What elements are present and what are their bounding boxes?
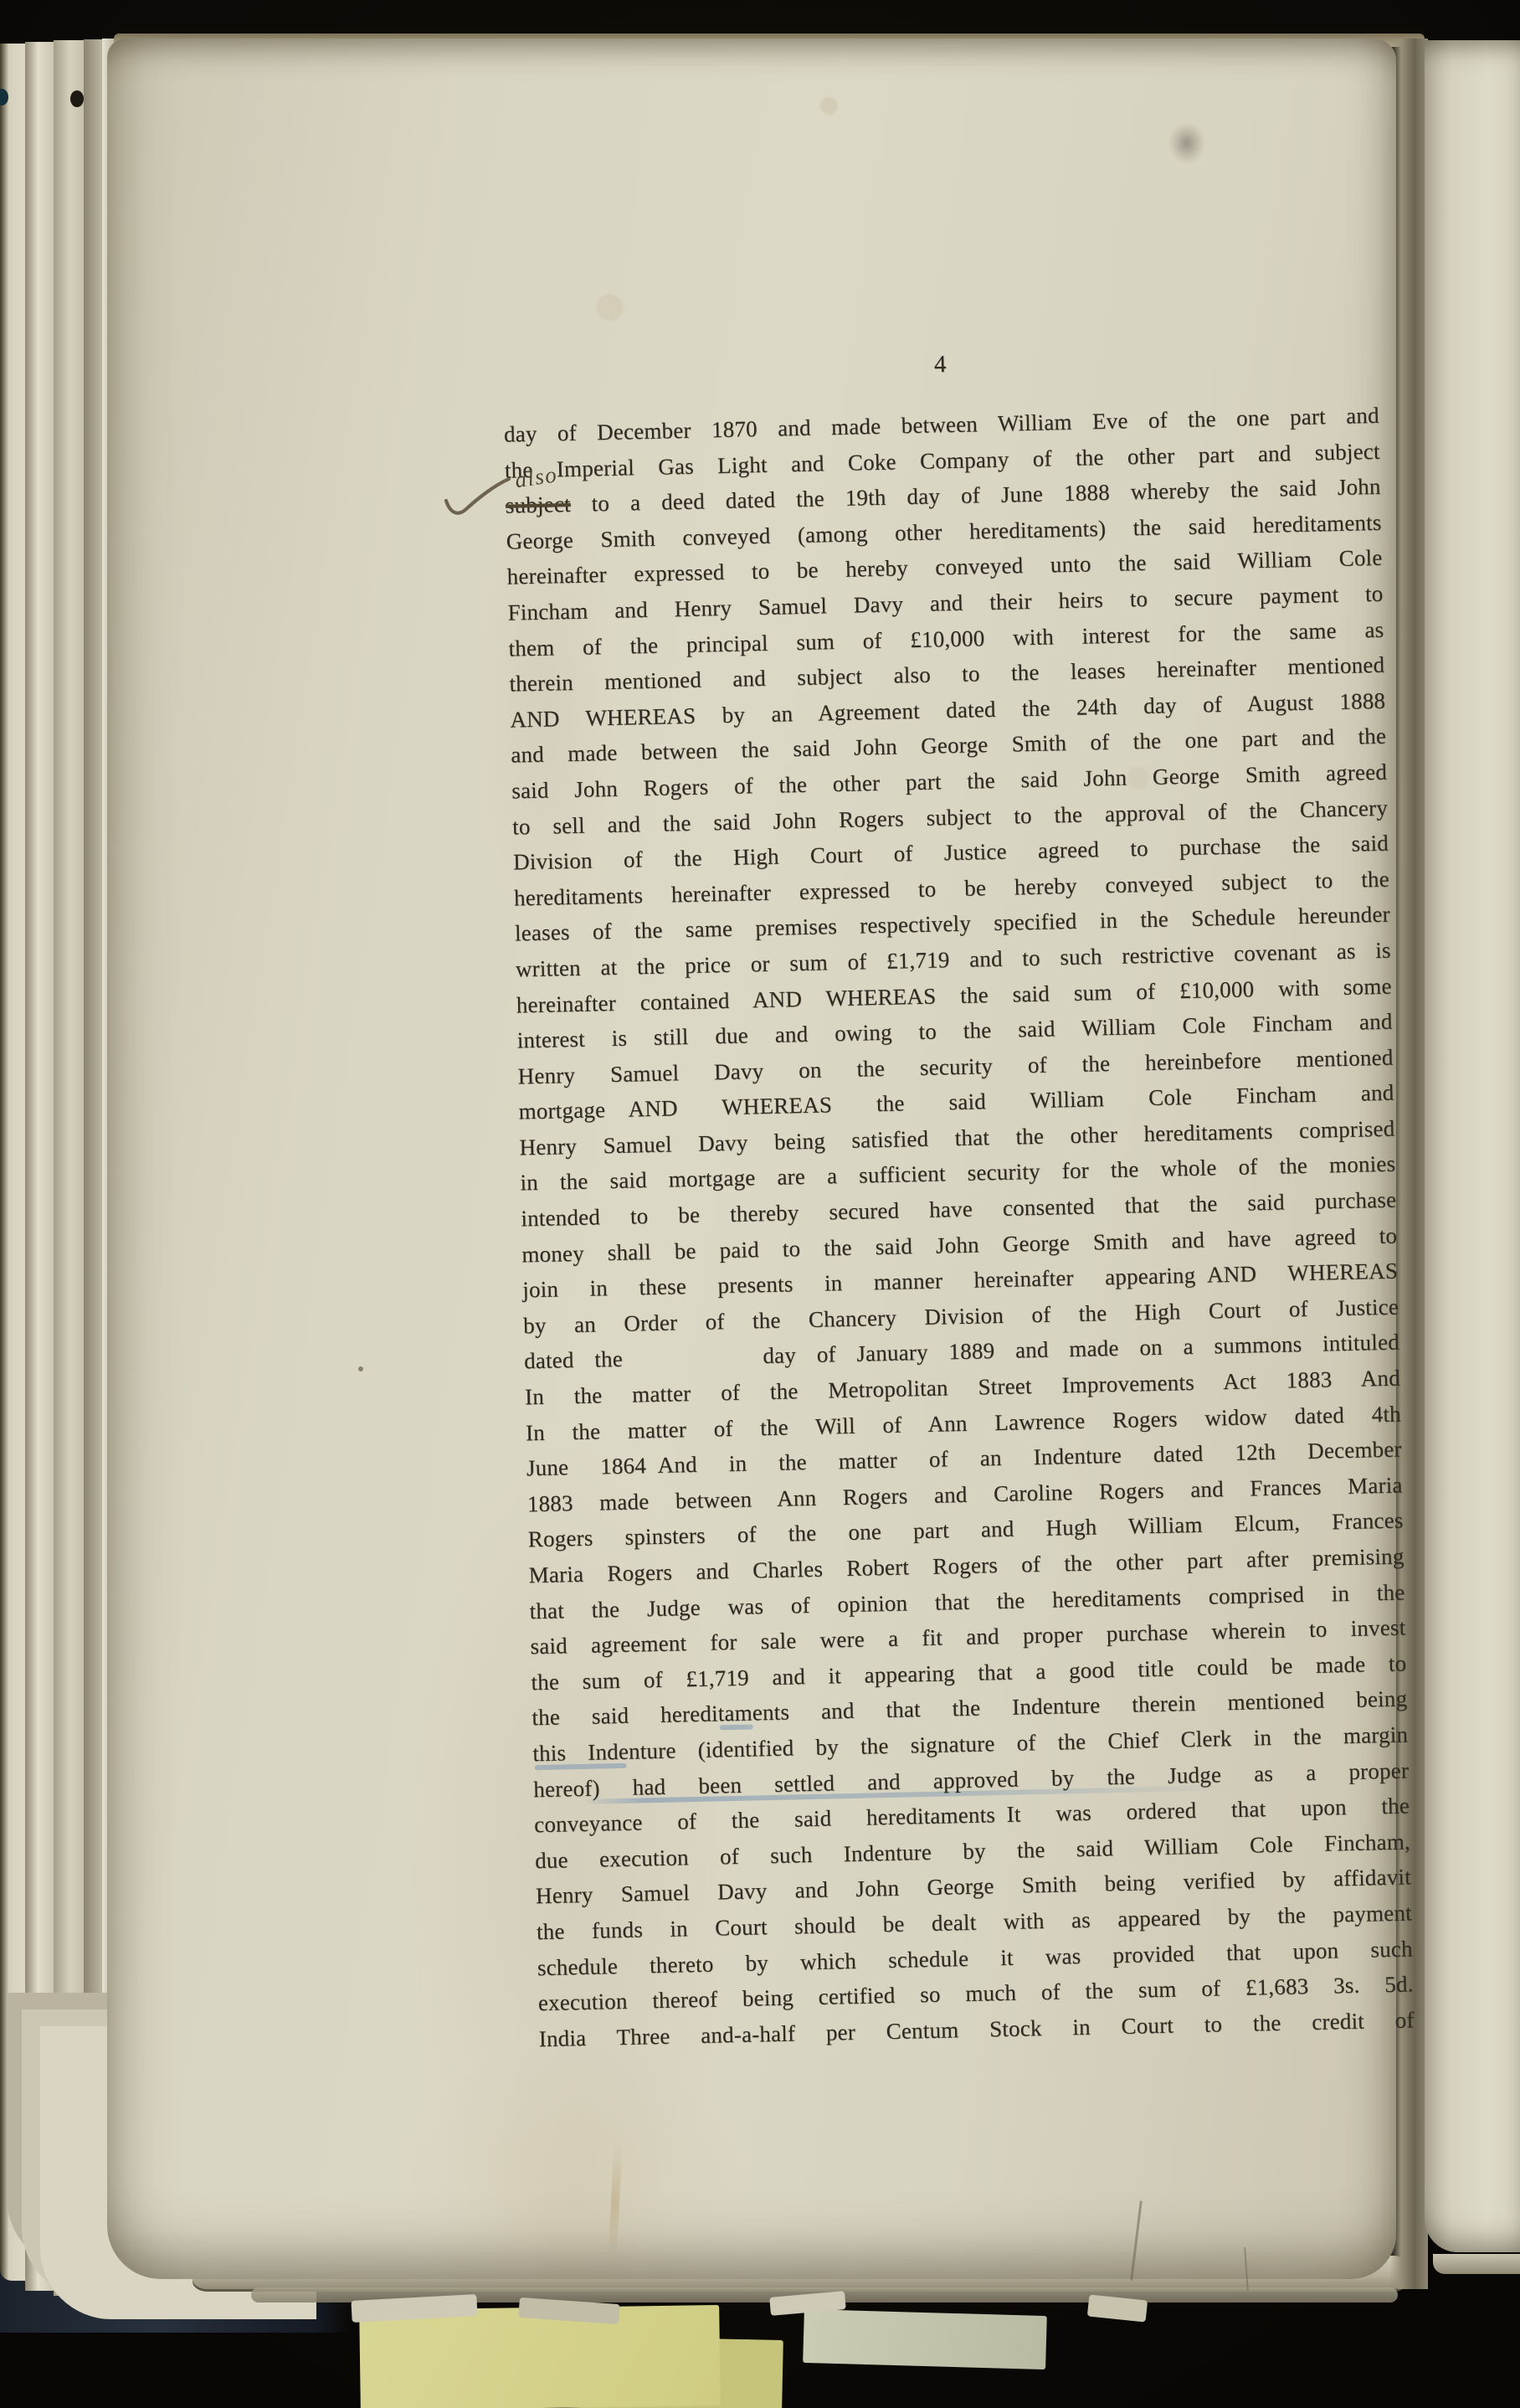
yellow-slip-front (359, 2305, 721, 2408)
margin-tick-icon (442, 476, 512, 524)
text-lines: day of December 1870 and made between Wi… (504, 398, 1415, 2057)
struck-word: subject (506, 491, 572, 518)
pale-slip (803, 2309, 1047, 2369)
handwritten-insertion: also (513, 463, 558, 491)
blank-date-gap (644, 1364, 742, 1366)
ink-speck (358, 1366, 363, 1371)
blue-underline (535, 1762, 627, 1769)
correction: subjectalso (505, 486, 571, 523)
left-page-edge-3 (54, 40, 84, 2296)
facing-page-edge (1425, 40, 1520, 2252)
left-page-edge-2 (25, 42, 54, 2291)
facing-page-bottom-sliver (1433, 2254, 1520, 2274)
punch-hole (70, 90, 84, 107)
blue-underline (720, 1724, 753, 1730)
text-block: 4 day of December 1870 and made between … (502, 337, 1415, 2057)
left-page-edge-1 (0, 44, 25, 2281)
stamp-smudge (1168, 122, 1205, 164)
left-page-edge-4 (84, 39, 102, 2300)
